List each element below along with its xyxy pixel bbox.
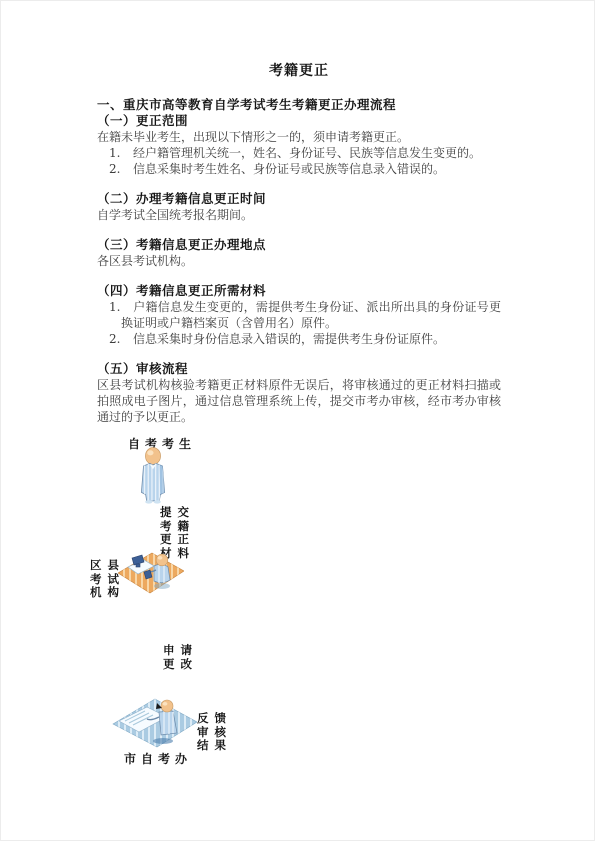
city-office-label: 市自考办 (124, 750, 192, 767)
vtext-line: 更改 (163, 658, 198, 672)
section-paragraph: 在籍未毕业考生，出现以下情形之一的，须申请考籍更正。 (97, 129, 501, 145)
section-heading: （三）考籍信息更正办理地点 (97, 237, 501, 253)
section-required-materials: （四）考籍信息更正所需材料 1.户籍信息发生变更的，需提供考生身份证、派出所出具… (97, 283, 501, 347)
list-item-number: 1. (109, 299, 133, 315)
section-heading: （四）考籍信息更正所需材料 (97, 283, 501, 299)
list-item-number: 1. (109, 145, 133, 161)
list-item-text: 信息采集时考生姓名、身份证号或民族等信息录入错误的。 (133, 162, 445, 176)
section-paragraph: 自学考试全国统考报名期间。 (97, 207, 501, 223)
list-item-text: 经户籍管理机关统一，姓名、身份证号、民族等信息发生变更的。 (133, 146, 481, 160)
page-title: 考籍更正 (97, 63, 501, 79)
document-content: 考籍更正 一、重庆市高等教育自学考试考生考籍更正办理流程 （一）更正范围 在籍未… (97, 63, 501, 425)
vtext-line: 提交 (160, 506, 195, 520)
section-paragraph: 各区县考试机构。 (97, 253, 501, 269)
feedback-result-text: 反馈 审核 结果 (197, 712, 232, 753)
section-heading: （一）更正范围 (97, 113, 501, 129)
section-paragraph: 区县考试机构核验考籍更正材料原件无误后，将审核通过的更正材料扫描或拍照成电子图片… (97, 377, 501, 425)
vtext-line: 考籍 (160, 520, 195, 534)
section-heading: （五）审核流程 (97, 361, 501, 377)
vtext-line: 反馈 (197, 712, 232, 726)
main-heading: 一、重庆市高等教育自学考试考生考籍更正办理流程 (97, 97, 501, 113)
list-item-text: 户籍信息发生变更的，需提供考生身份证、派出所出具的身份证号更换证明或户籍档案页（… (121, 300, 501, 330)
list-item: 2.信息采集时身份信息录入错误的，需提供考生身份证原件。 (97, 331, 501, 347)
list-item-text: 信息采集时身份信息录入错误的，需提供考生身份证原件。 (133, 332, 445, 346)
vtext-line: 申请 (163, 644, 198, 658)
candidate-person-clipart (135, 447, 171, 504)
review-flowchart: 自考考生 提交 考籍 更正 材料 区县 考试 机构 (1, 426, 595, 841)
list-item: 1.户籍信息发生变更的，需提供考生身份证、派出所出具的身份证号更换证明或户籍档案… (97, 299, 501, 331)
section-review-process: （五）审核流程 区县考试机构核验考籍更正材料原件无误后，将审核通过的更正材料扫描… (97, 361, 501, 425)
district-office-clipart (118, 550, 184, 596)
list-item-number: 2. (109, 161, 133, 177)
section-correction-place: （三）考籍信息更正办理地点 各区县考试机构。 (97, 237, 501, 269)
section-correction-scope: （一）更正范围 在籍未毕业考生，出现以下情形之一的，须申请考籍更正。 1.经户籍… (97, 113, 501, 177)
vtext-line: 审核 (197, 726, 232, 740)
apply-change-text: 申请 更改 (163, 644, 198, 671)
list-item-number: 2. (109, 331, 133, 347)
vtext-line: 结果 (197, 739, 232, 753)
section-heading: （二）办理考籍信息更正时间 (97, 191, 501, 207)
section-correction-time: （二）办理考籍信息更正时间 自学考试全国统考报名期间。 (97, 191, 501, 223)
vtext-line: 更正 (160, 533, 195, 547)
document-page: 考籍更正 一、重庆市高等教育自学考试考生考籍更正办理流程 （一）更正范围 在籍未… (0, 0, 595, 841)
list-item: 1.经户籍管理机关统一，姓名、身份证号、民族等信息发生变更的。 (97, 145, 501, 161)
list-item: 2.信息采集时考生姓名、身份证号或民族等信息录入错误的。 (97, 161, 501, 177)
city-office-clipart (111, 697, 197, 749)
